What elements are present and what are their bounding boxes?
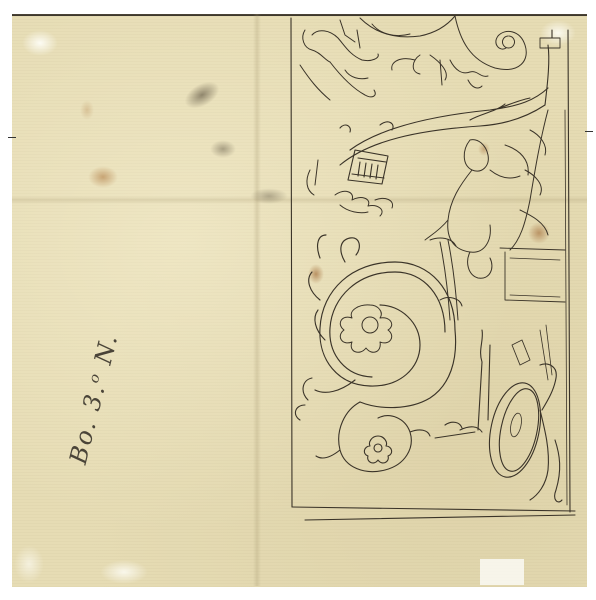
rosette-medallion: [340, 305, 391, 352]
griffin-bird: [300, 20, 378, 100]
lower-scroll: [295, 378, 430, 472]
foliage-cluster: [307, 160, 393, 216]
right-acanthus: [500, 110, 565, 302]
ornamental-drawing: [0, 0, 596, 600]
acanthus-scroll-with-rosette: [309, 235, 456, 408]
cornucopia: [340, 30, 560, 184]
frame-lines: [291, 18, 575, 520]
vertical-stem: [430, 238, 462, 320]
putto-figure: [425, 140, 528, 279]
shield-trophy: [435, 325, 562, 502]
top-acanthus-scrolls: [360, 16, 526, 88]
